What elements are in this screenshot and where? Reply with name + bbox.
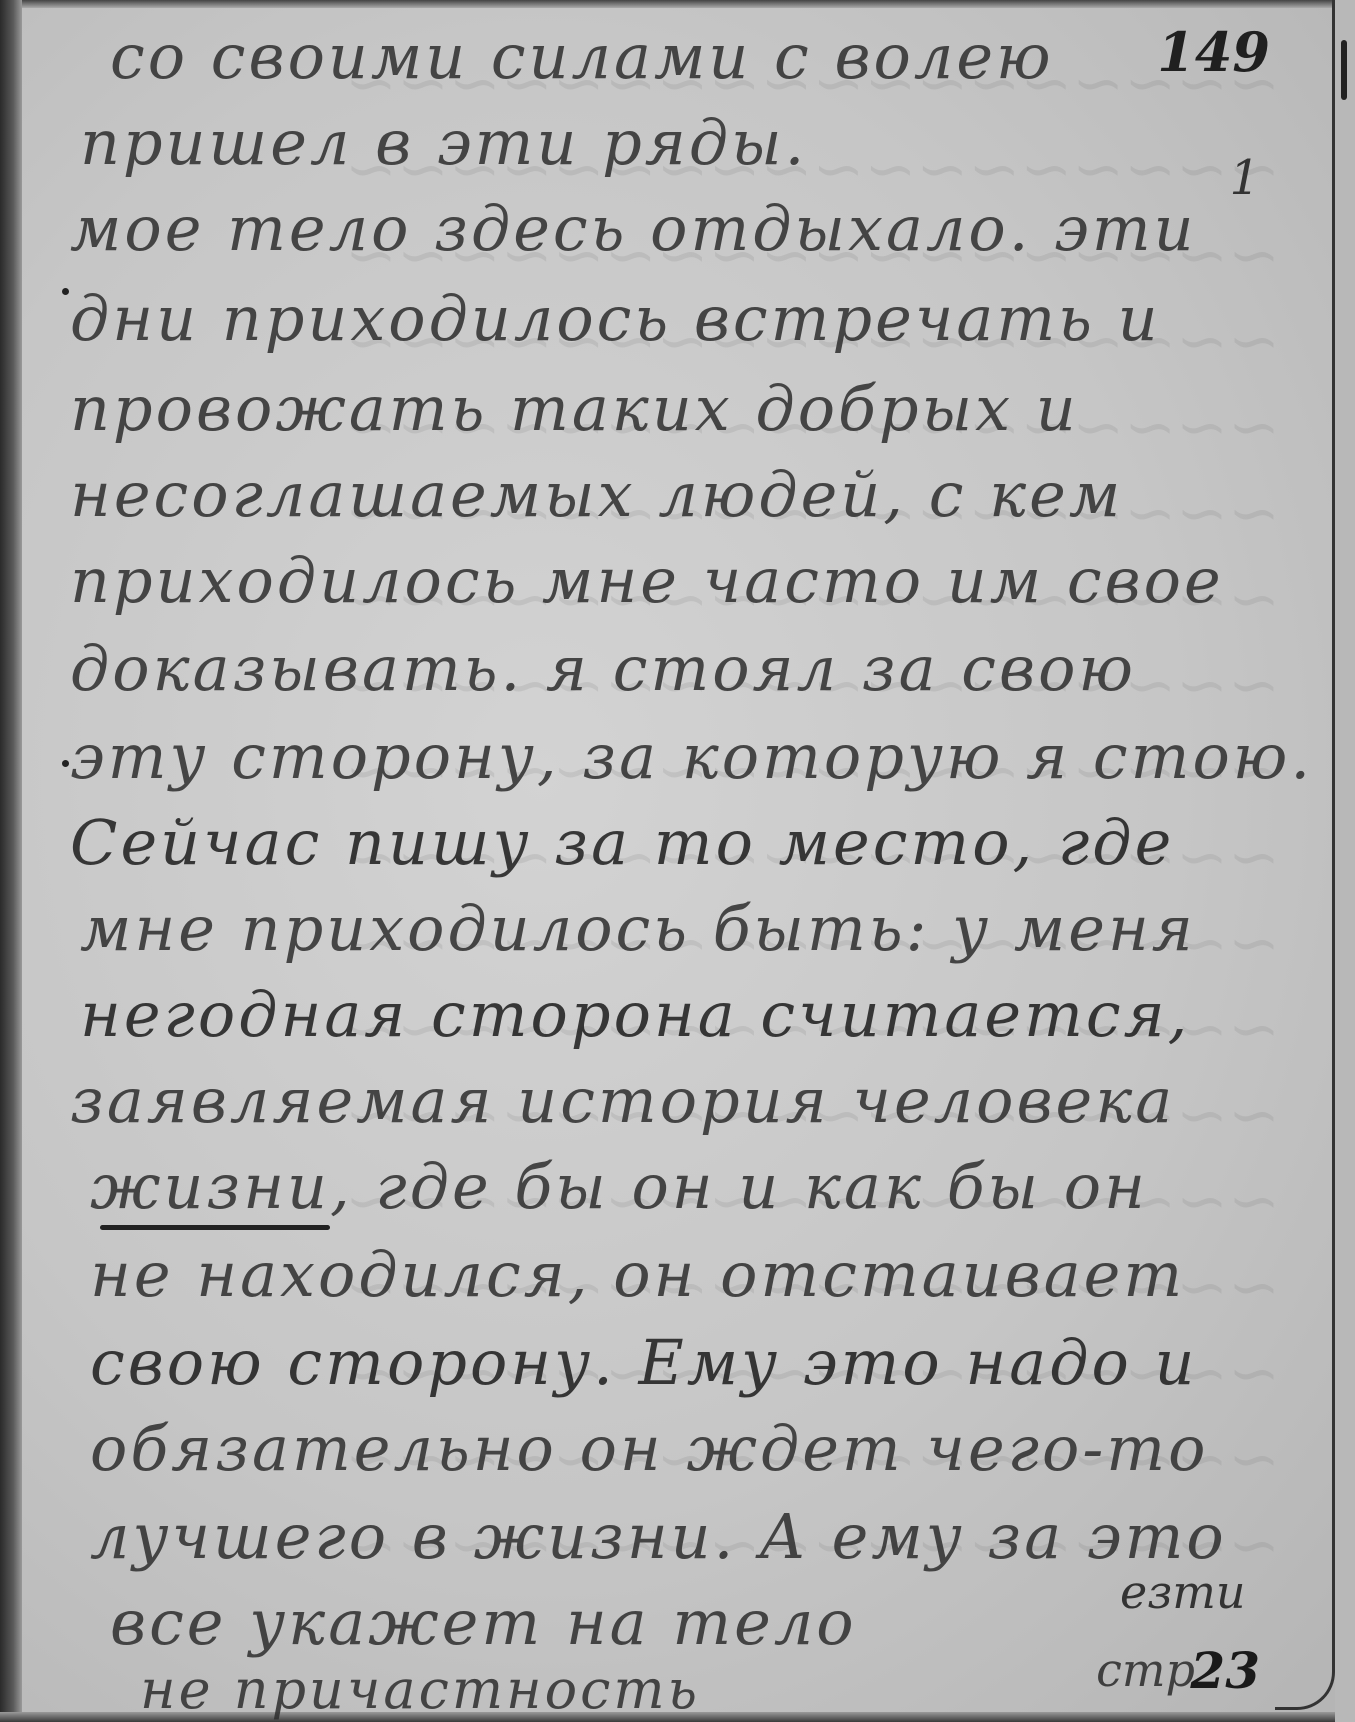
text-line-20: не причастность xyxy=(140,1658,700,1721)
page-number: 149 xyxy=(1157,20,1270,84)
binding-edge xyxy=(0,0,22,1722)
text-line-10: Сейчас пишу за то место, где xyxy=(70,806,1174,879)
text-line-6: несоглашаемых людей, с кем xyxy=(70,458,1123,531)
footer-annotation: стр xyxy=(1096,1643,1195,1697)
right-strip xyxy=(1335,0,1355,1722)
text-line-11: мне приходилось быть: у меня xyxy=(80,892,1196,965)
text-line-15: не находился, он отстаивает xyxy=(90,1238,1185,1311)
text-line-12: негодная сторона считается, xyxy=(80,978,1190,1051)
text-line-8: доказывать. я стоял за свою xyxy=(70,632,1136,705)
text-line-7: приходилось мне часто им свое xyxy=(70,544,1224,617)
edge-mark xyxy=(1341,40,1347,100)
margin-mark: 1 xyxy=(1229,150,1260,206)
ink-dot xyxy=(62,288,69,295)
text-line-9: эту сторону, за которую я стою. xyxy=(70,720,1313,793)
interlinear-insert: езти xyxy=(1120,1565,1246,1619)
text-line-17: обязательно он ждет чего-то xyxy=(90,1412,1208,1485)
text-line-19: все укажет на тело xyxy=(110,1586,857,1659)
notebook-page-photo: ~~~~~~~~~~~~~~~~~~~~~~~~~~~~~~~~~~~~~~~~… xyxy=(0,0,1355,1722)
text-line-1: со своими силами с волею xyxy=(110,20,1054,93)
page-border xyxy=(1275,0,1335,1710)
underline-mark xyxy=(100,1225,330,1230)
text-line-3: мое тело здесь отдыхало. эти xyxy=(70,192,1197,265)
top-edge xyxy=(0,0,1355,8)
text-line-13: заявляемая история человека xyxy=(70,1064,1175,1137)
text-line-5: провожать таких добрых и xyxy=(70,372,1079,445)
text-line-16: свою сторону. Ему это надо и xyxy=(90,1326,1197,1399)
text-line-14: жизни, где бы он и как бы он xyxy=(90,1150,1148,1223)
ink-dot xyxy=(62,760,69,767)
footer-number: 23 xyxy=(1190,1641,1260,1700)
text-line-4: дни приходилось встречать и xyxy=(70,282,1161,355)
text-line-2: пришел в эти ряды. xyxy=(80,106,807,179)
text-line-18: лучшего в жизни. А ему за это xyxy=(90,1500,1227,1573)
